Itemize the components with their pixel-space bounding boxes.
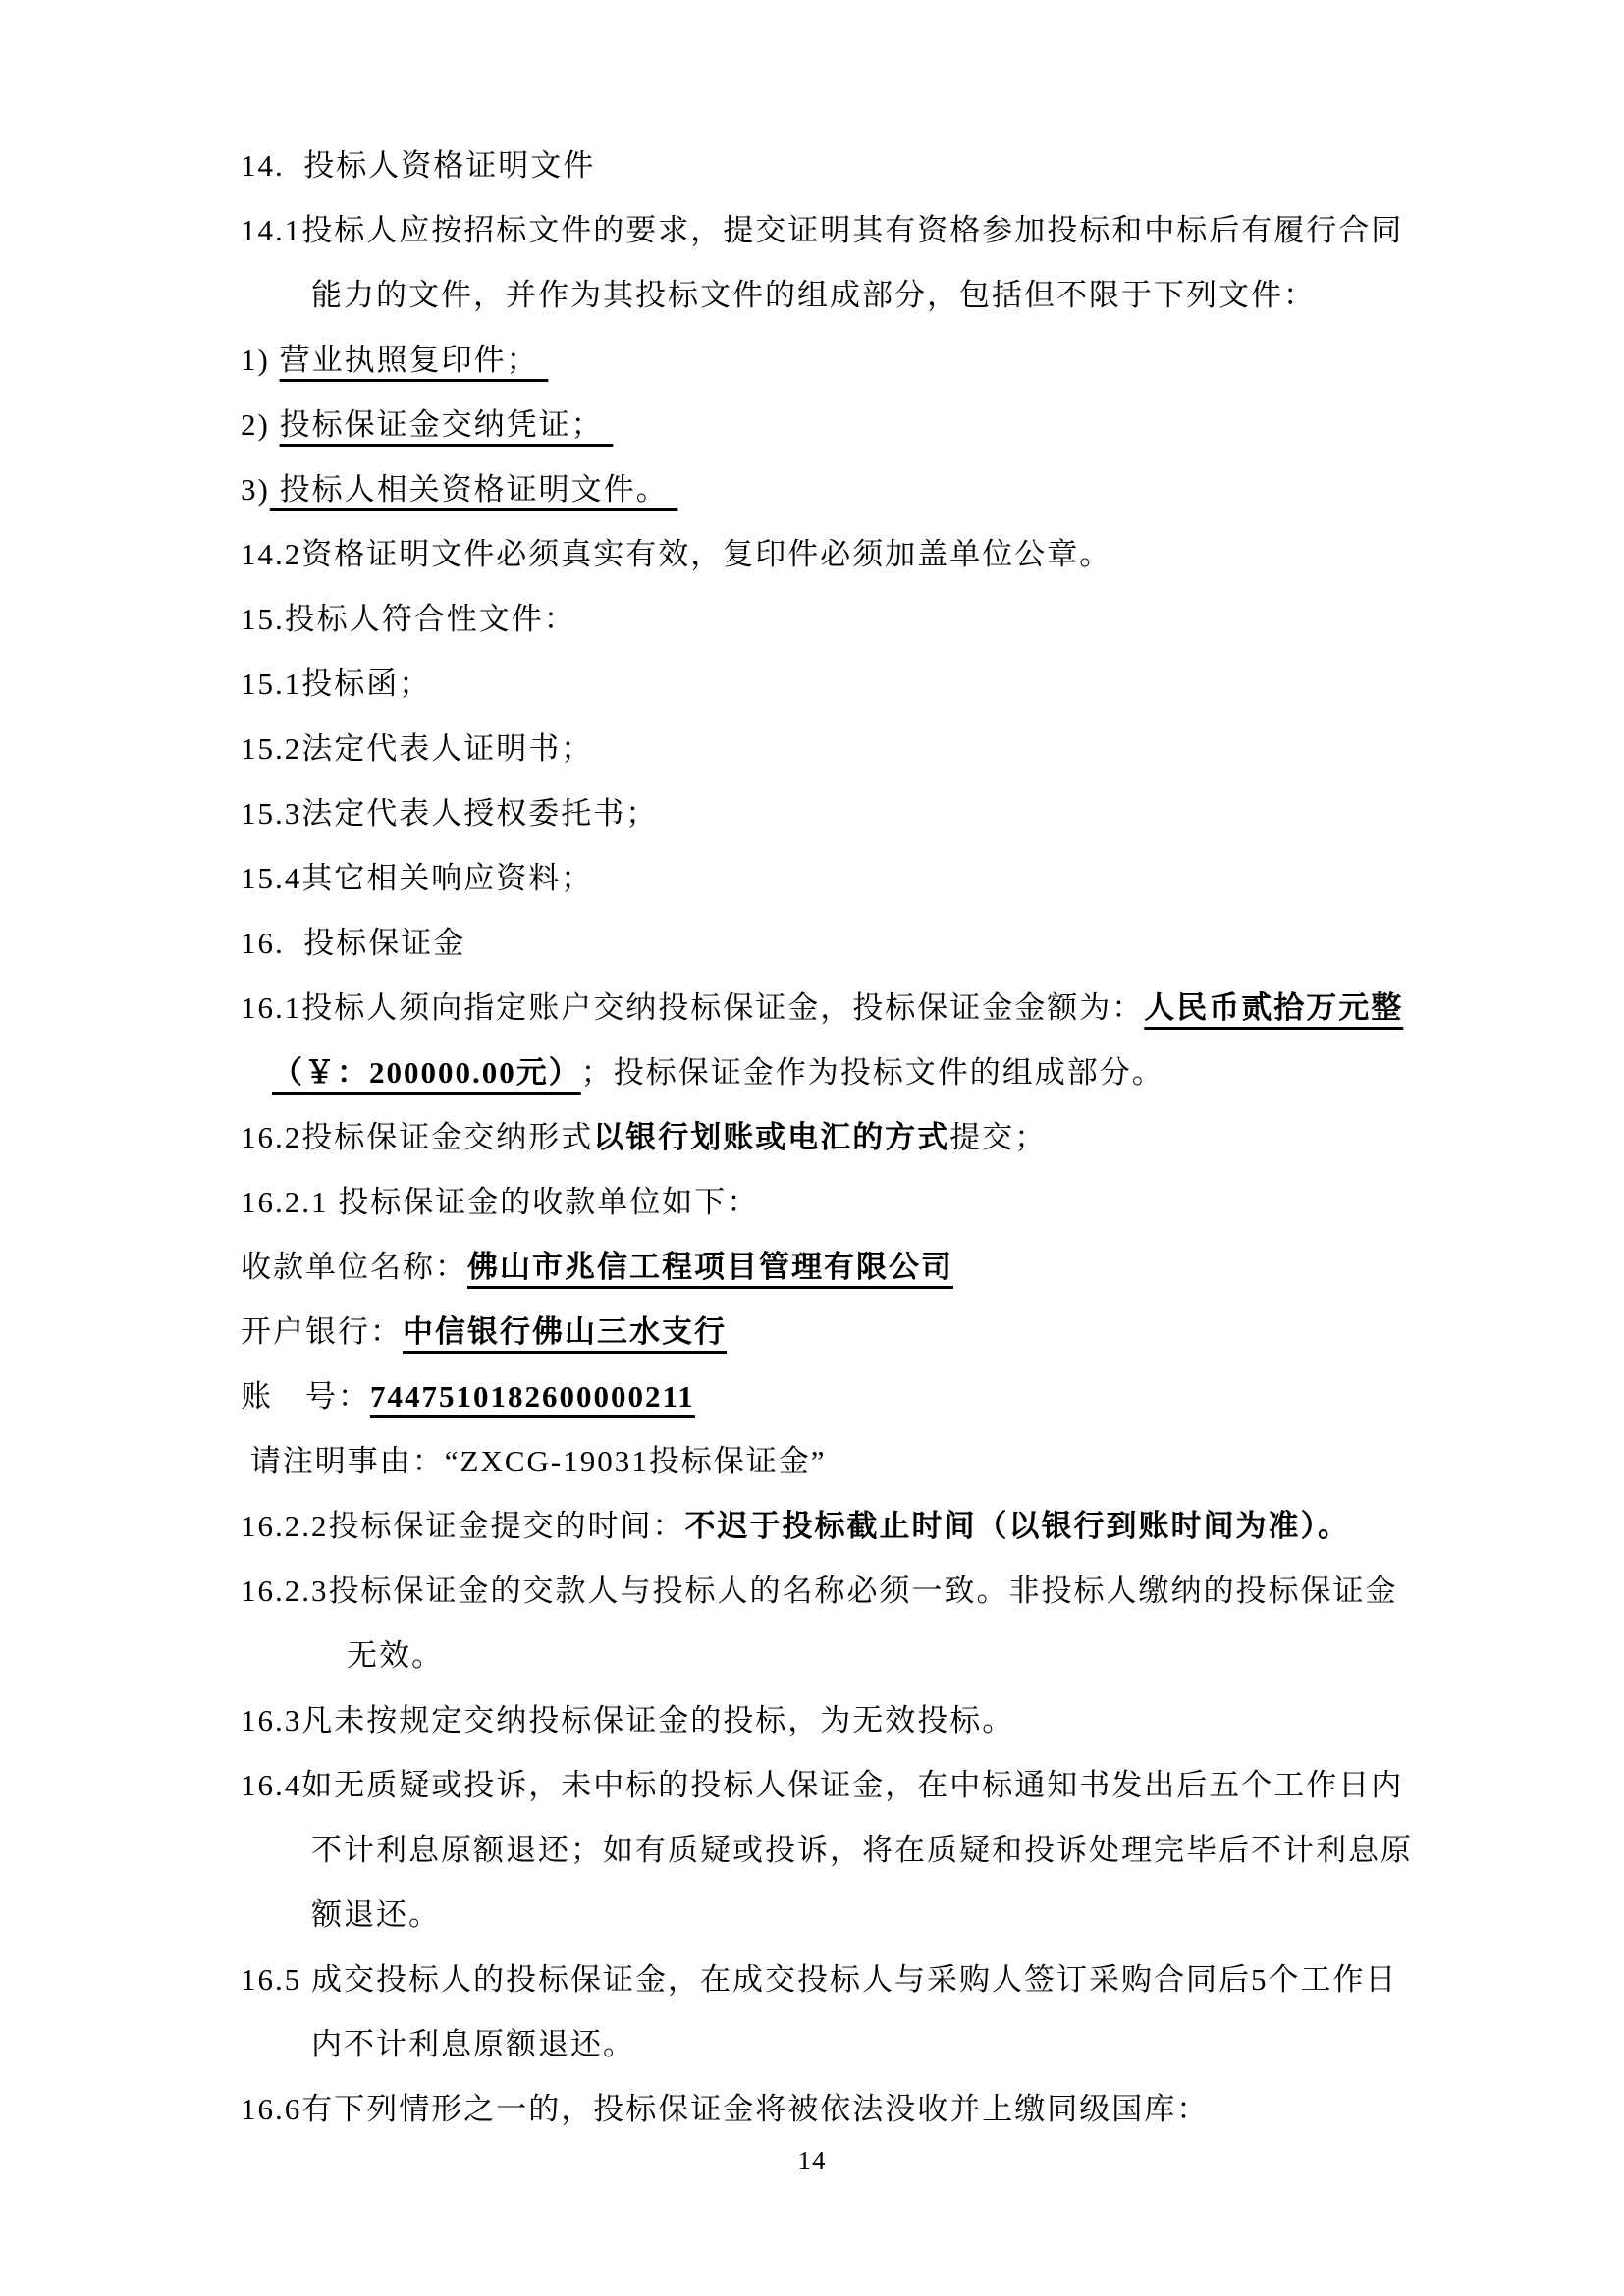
text-segment: 14.1投标人应按招标文件的要求，提交证明其有资格参加投标和中标后有履行合同 [241, 215, 1403, 245]
text-segment: 开户银行： [241, 1316, 403, 1347]
text-line: 请注明事由：“ZXCG-19031投标保证金” [241, 1428, 1438, 1493]
text-segment: 2) [241, 409, 280, 440]
text-segment: 投标人相关资格证明文件。 [270, 474, 678, 505]
text-segment: 能力的文件，并作为其投标文件的组成部分，包括但不限于下列文件： [311, 280, 1316, 310]
text-line: 16.2.2投标保证金提交的时间：不迟于投标截止时间（以银行到账时间为准）。 [241, 1493, 1438, 1558]
text-segment: 15.2法定代表人证明书； [241, 733, 593, 764]
text-segment: 营业执照复印件； [280, 345, 549, 375]
text-segment: 16.4如无质疑或投诉，未中标的投标人保证金，在中标通知书发出后五个工作日内 [241, 1770, 1403, 1800]
text-line: 2) 投标保证金交纳凭证； [241, 392, 1438, 456]
text-line: 15.4其它相关响应资料； [241, 845, 1438, 910]
text-line: 16.2.1 投标保证金的收款单位如下： [241, 1169, 1438, 1234]
text-line: 3) 投标人相关资格证明文件。 [241, 456, 1438, 521]
text-line: 15.3法定代表人授权委托书； [241, 780, 1438, 845]
text-line: 无效。 [241, 1623, 1438, 1687]
text-segment: 16.2.2投标保证金提交的时间： [241, 1511, 685, 1541]
page-number: 14 [0, 2146, 1624, 2176]
text-segment: 不计利息原额退还；如有质疑或投诉，将在质疑和投诉处理完毕后不计利息原 [311, 1835, 1413, 1865]
text-line: 15.1投标函； [241, 651, 1438, 716]
text-segment: 16.2.3投标保证金的交款人与投标人的名称必须一致。非投标人缴纳的投标保证金 [241, 1575, 1398, 1606]
text-segment: 投标保证金交纳凭证； [280, 409, 614, 440]
text-segment: 16. 投标保证金 [241, 928, 465, 958]
text-line: 16.1投标人须向指定账户交纳投标保证金，投标保证金金额为：人民币贰拾万元整 [241, 975, 1438, 1040]
text-line: 14.1投标人应按招标文件的要求，提交证明其有资格参加投标和中标后有履行合同 [241, 197, 1438, 262]
text-segment: 7447510182600000211 [370, 1381, 695, 1412]
text-line: 不计利息原额退还；如有质疑或投诉，将在质疑和投诉处理完毕后不计利息原 [241, 1817, 1438, 1882]
text-segment: 无效。 [347, 1640, 444, 1671]
text-segment: 15.1投标函； [241, 668, 431, 699]
text-line: 14.2资格证明文件必须真实有效，复印件必须加盖单位公章。 [241, 521, 1438, 586]
text-segment: 内不计利息原额退还。 [311, 2029, 635, 2059]
text-line: 账 号：7447510182600000211 [241, 1363, 1438, 1428]
text-line: 15.投标人符合性文件： [241, 586, 1438, 651]
text-segment: 中信银行佛山三水支行 [403, 1316, 727, 1347]
text-line: 16. 投标保证金 [241, 910, 1438, 975]
text-line: 15.2法定代表人证明书； [241, 716, 1438, 780]
text-line: 16.2投标保证金交纳形式以银行划账或电汇的方式提交； [241, 1104, 1438, 1169]
text-line: 16.4如无质疑或投诉，未中标的投标人保证金，在中标通知书发出后五个工作日内 [241, 1752, 1438, 1817]
text-segment: 15.4其它相关响应资料； [241, 863, 593, 893]
text-line: 开户银行：中信银行佛山三水支行 [241, 1299, 1438, 1363]
text-segment: 不迟于投标截止时间（以银行到账时间为准）。 [685, 1511, 1351, 1541]
text-segment: 收款单位名称： [241, 1252, 467, 1282]
text-segment: 15.投标人符合性文件： [241, 604, 576, 634]
text-line: （￥：200000.00元）；投标保证金作为投标文件的组成部分。 [241, 1040, 1438, 1104]
text-line: 额退还。 [241, 1882, 1438, 1947]
text-segment: 以银行划账或电汇的方式 [593, 1122, 949, 1152]
text-segment: 佛山市兆信工程项目管理有限公司 [467, 1252, 953, 1282]
text-line: 能力的文件，并作为其投标文件的组成部分，包括但不限于下列文件： [241, 262, 1438, 327]
text-line: 收款单位名称：佛山市兆信工程项目管理有限公司 [241, 1234, 1438, 1299]
text-segment: 请注明事由：“ZXCG-19031投标保证金” [241, 1446, 826, 1476]
text-segment: 提交； [949, 1122, 1047, 1152]
text-line: 14. 投标人资格证明文件 [241, 133, 1438, 197]
text-line: 16.6有下列情形之一的，投标保证金将被依法没收并上缴同级国库： [241, 2076, 1438, 2141]
text-segment: （￥：200000.00元） [272, 1057, 581, 1088]
document-body: 14. 投标人资格证明文件14.1投标人应按招标文件的要求，提交证明其有资格参加… [241, 133, 1438, 2141]
text-segment: 16.2.1 投标保证金的收款单位如下： [241, 1187, 759, 1217]
text-line: 16.3凡未按规定交纳投标保证金的投标，为无效投标。 [241, 1687, 1438, 1752]
text-segment: ；投标保证金作为投标文件的组成部分。 [581, 1057, 1164, 1088]
text-segment: 16.2投标保证金交纳形式 [241, 1122, 593, 1152]
text-line: 1) 营业执照复印件； [241, 327, 1438, 392]
text-segment: 1) [241, 345, 280, 375]
text-segment: 16.3凡未按规定交纳投标保证金的投标，为无效投标。 [241, 1705, 1014, 1735]
text-segment: 16.1投标人须向指定账户交纳投标保证金，投标保证金金额为： [241, 992, 1144, 1023]
text-segment: 额退还。 [311, 1899, 441, 1930]
text-segment: 账 号： [241, 1381, 370, 1412]
document-page: 14. 投标人资格证明文件14.1投标人应按招标文件的要求，提交证明其有资格参加… [0, 0, 1624, 2296]
text-segment: 16.6有下列情形之一的，投标保证金将被依法没收并上缴同级国库： [241, 2094, 1209, 2124]
text-segment: 14. 投标人资格证明文件 [241, 150, 595, 181]
text-segment: 16.5 成交投标人的投标保证金，在成交投标人与采购人签订采购合同后5个工作日 [241, 1964, 1398, 1995]
text-line: 16.5 成交投标人的投标保证金，在成交投标人与采购人签订采购合同后5个工作日 [241, 1947, 1438, 2011]
text-segment: 人民币贰拾万元整 [1144, 992, 1403, 1023]
text-segment: 14.2资格证明文件必须真实有效，复印件必须加盖单位公章。 [241, 539, 1111, 569]
text-line: 16.2.3投标保证金的交款人与投标人的名称必须一致。非投标人缴纳的投标保证金 [241, 1558, 1438, 1623]
text-segment: 3) [241, 474, 270, 505]
text-line: 内不计利息原额退还。 [241, 2011, 1438, 2076]
text-segment: 15.3法定代表人授权委托书； [241, 798, 658, 828]
